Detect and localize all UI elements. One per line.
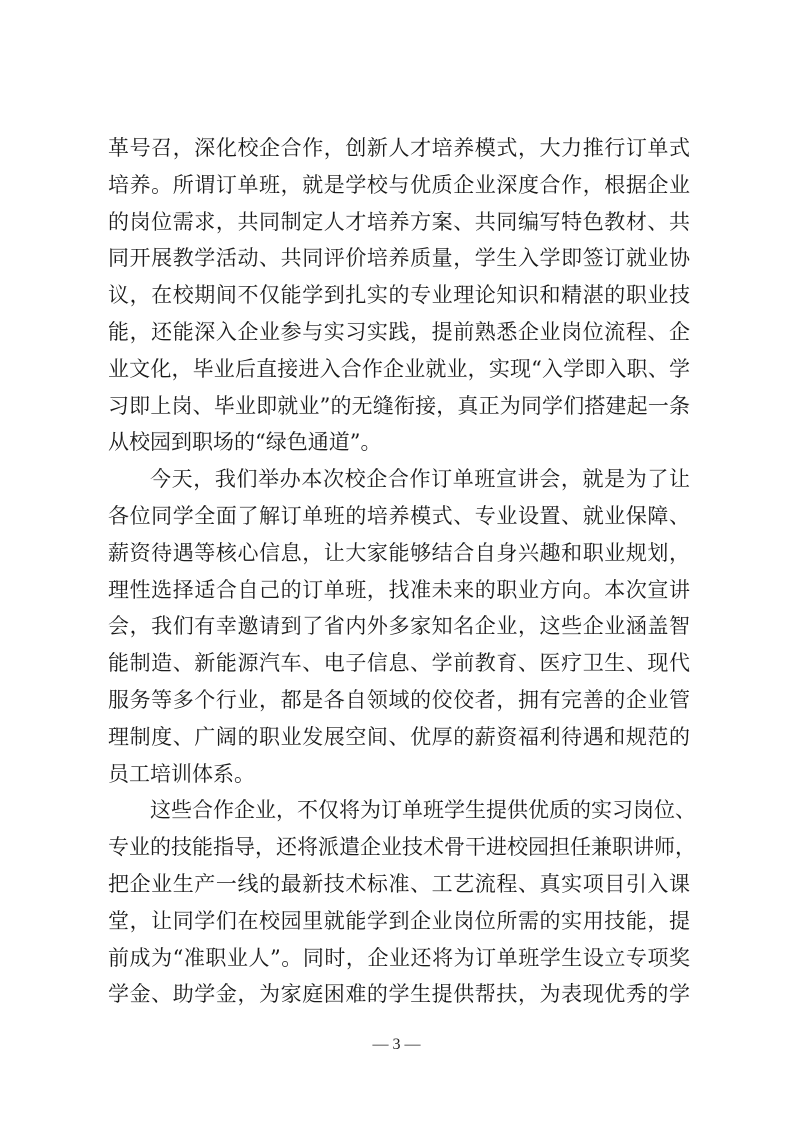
text-line: 能，还能深入企业参与实习实践，提前熟悉企业岗位流程、企 (108, 314, 690, 351)
text-line: 的岗位需求，共同制定人才培养方案、共同编写特色教材、共 (108, 204, 690, 241)
text-line: 培养。所谓订单班，就是学校与优质企业深度合作，根据企业 (108, 167, 690, 204)
text-line: 今天，我们举办本次校企合作订单班宣讲会，就是为了让 (108, 461, 690, 498)
text-line: 前成为“准职业人”。同时，企业还将为订单班学生设立专项奖 (108, 940, 690, 977)
text-line: 服务等多个行业，都是各自领域的佼佼者，拥有完善的企业管 (108, 682, 690, 719)
text-line: 能制造、新能源汽车、电子信息、学前教育、医疗卫生、现代 (108, 645, 690, 682)
text-line: 理制度、广阔的职业发展空间、优厚的薪资福利待遇和规范的 (108, 719, 690, 756)
text-line: 学金、助学金，为家庭困难的学生提供帮扶，为表现优秀的学 (108, 976, 690, 1013)
text-line: 革号召，深化校企合作，创新人才培养模式，大力推行订单式 (108, 130, 690, 167)
text-line: 业文化，毕业后直接进入合作企业就业，实现“入学即入职、学 (108, 351, 690, 388)
text-line: 同开展教学活动、共同评价培养质量，学生入学即签订就业协 (108, 240, 690, 277)
text-line: 从校园到职场的“绿色通道”。 (108, 424, 690, 461)
text-line: 议，在校期间不仅能学到扎实的专业理论知识和精湛的职业技 (108, 277, 690, 314)
document-page: 革号召，深化校企合作，创新人才培养模式，大力推行订单式 培养。所谓订单班，就是学… (0, 0, 793, 1122)
text-line: 会，我们有幸邀请到了省内外多家知名企业，这些企业涵盖智 (108, 608, 690, 645)
text-line: 理性选择适合自己的订单班，找准未来的职业方向。本次宣讲 (108, 572, 690, 609)
text-line: 堂，让同学们在校园里就能学到企业岗位所需的实用技能，提 (108, 903, 690, 940)
text-line: 习即上岗、毕业即就业”的无缝衔接，真正为同学们搭建起一条 (108, 388, 690, 425)
text-line: 这些合作企业，不仅将为订单班学生提供优质的实习岗位、 (108, 792, 690, 829)
text-line: 各位同学全面了解订单班的培养模式、专业设置、就业保障、 (108, 498, 690, 535)
text-line: 专业的技能指导，还将派遣企业技术骨干进校园担任兼职讲师， (108, 829, 690, 866)
page-number: — 3 — (0, 1036, 793, 1054)
text-line: 把企业生产一线的最新技术标准、工艺流程、真实项目引入课 (108, 866, 690, 903)
text-line: 薪资待遇等核心信息，让大家能够结合自身兴趣和职业规划， (108, 535, 690, 572)
body-text: 革号召，深化校企合作，创新人才培养模式，大力推行订单式 培养。所谓订单班，就是学… (108, 130, 690, 1013)
text-line: 员工培训体系。 (108, 756, 690, 793)
